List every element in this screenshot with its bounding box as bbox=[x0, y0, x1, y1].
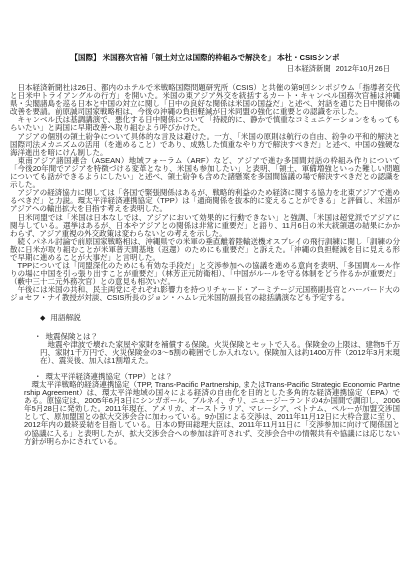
article-paragraph: 東南アジア諸国連合（ASEAN）地域フォーラム（ARF）など、アジアで進む多国間… bbox=[10, 157, 400, 189]
diamond-icon: ◆ bbox=[40, 315, 45, 322]
article-paragraph: TPPについては「同盟深化のためにも有効な手段だ」と交渉参加への協議を進める意向… bbox=[10, 262, 400, 286]
article-paragraph: アジアの経済協力に関しては「各国で緊張関係はあるが、戦略的利益のため経済に関する… bbox=[10, 189, 400, 213]
article-paragraph: 午後には米国の共和、民主両党にそれぞれ影響力を持つリチャード・アーミテージ元国務… bbox=[10, 286, 400, 302]
document-page: 【国際】 米国務次官補「領土対立は国際的枠組みで解決を」 本社・CSISシンポ … bbox=[0, 0, 410, 580]
glossary-heading-label: 用語解説 bbox=[50, 313, 80, 322]
article-byline: 日本経済新聞2012年10月26日 bbox=[10, 64, 400, 73]
article-paragraph: 続くパネル討論で前原国家戦略相は、沖縄県での米軍の垂直離着陸輸送機オスプレイの飛… bbox=[10, 238, 400, 262]
glossary-definition: 地震や津波で壊れた家屋や家財を補償する保険。火災保険とセットで入る。保険金の上限… bbox=[40, 341, 400, 365]
glossary-item: ・環太平洋経済連携協定（TPP）とは？ 環太平洋戦略的経済連携協定（TPP, T… bbox=[24, 373, 400, 446]
article-paragraph: キャンベル氏は基調講演で、悪化する日中関係について「持続的に、静かで慎重なコミュ… bbox=[10, 116, 400, 132]
bullet-icon: ・ bbox=[34, 332, 42, 341]
publish-date: 2012年10月26日 bbox=[336, 64, 390, 73]
article-paragraph: 日米同盟では「米国は日本なしでは、アジアにおいて効果的に行動できない」と強調、「… bbox=[10, 214, 400, 238]
glossary-heading: ◆用語解説 bbox=[40, 313, 400, 323]
article-paragraph: 日本経済新聞社は26日、都内のホテルで米戦略国際問題研究所（CSIS）と共催の第… bbox=[10, 84, 400, 116]
source-name: 日本経済新聞 bbox=[287, 64, 331, 73]
article-paragraph: アジアの個別の領土紛争について具体的な言及は避けた。一方、「米国の原則は航行の自… bbox=[10, 133, 400, 157]
glossary-section: ◆用語解説 ・地震保険とは？ 地震や津波で壊れた家屋や家財を補償する保険。火災保… bbox=[24, 313, 400, 446]
glossary-definition: 環太平洋戦略的経済連携協定（TPP, Trans-Pacific Partner… bbox=[24, 381, 400, 446]
glossary-item: ・地震保険とは？ 地震や津波で壊れた家屋や家財を補償する保険。火災保険とセットで… bbox=[24, 333, 400, 365]
article-title: 【国際】 米国務次官補「領土対立は国際的枠組みで解決を」 本社・CSISシンポ bbox=[10, 53, 400, 62]
article-body: 日本経済新聞社は26日、都内のホテルで米戦略国際問題研究所（CSIS）と共催の第… bbox=[10, 84, 400, 303]
